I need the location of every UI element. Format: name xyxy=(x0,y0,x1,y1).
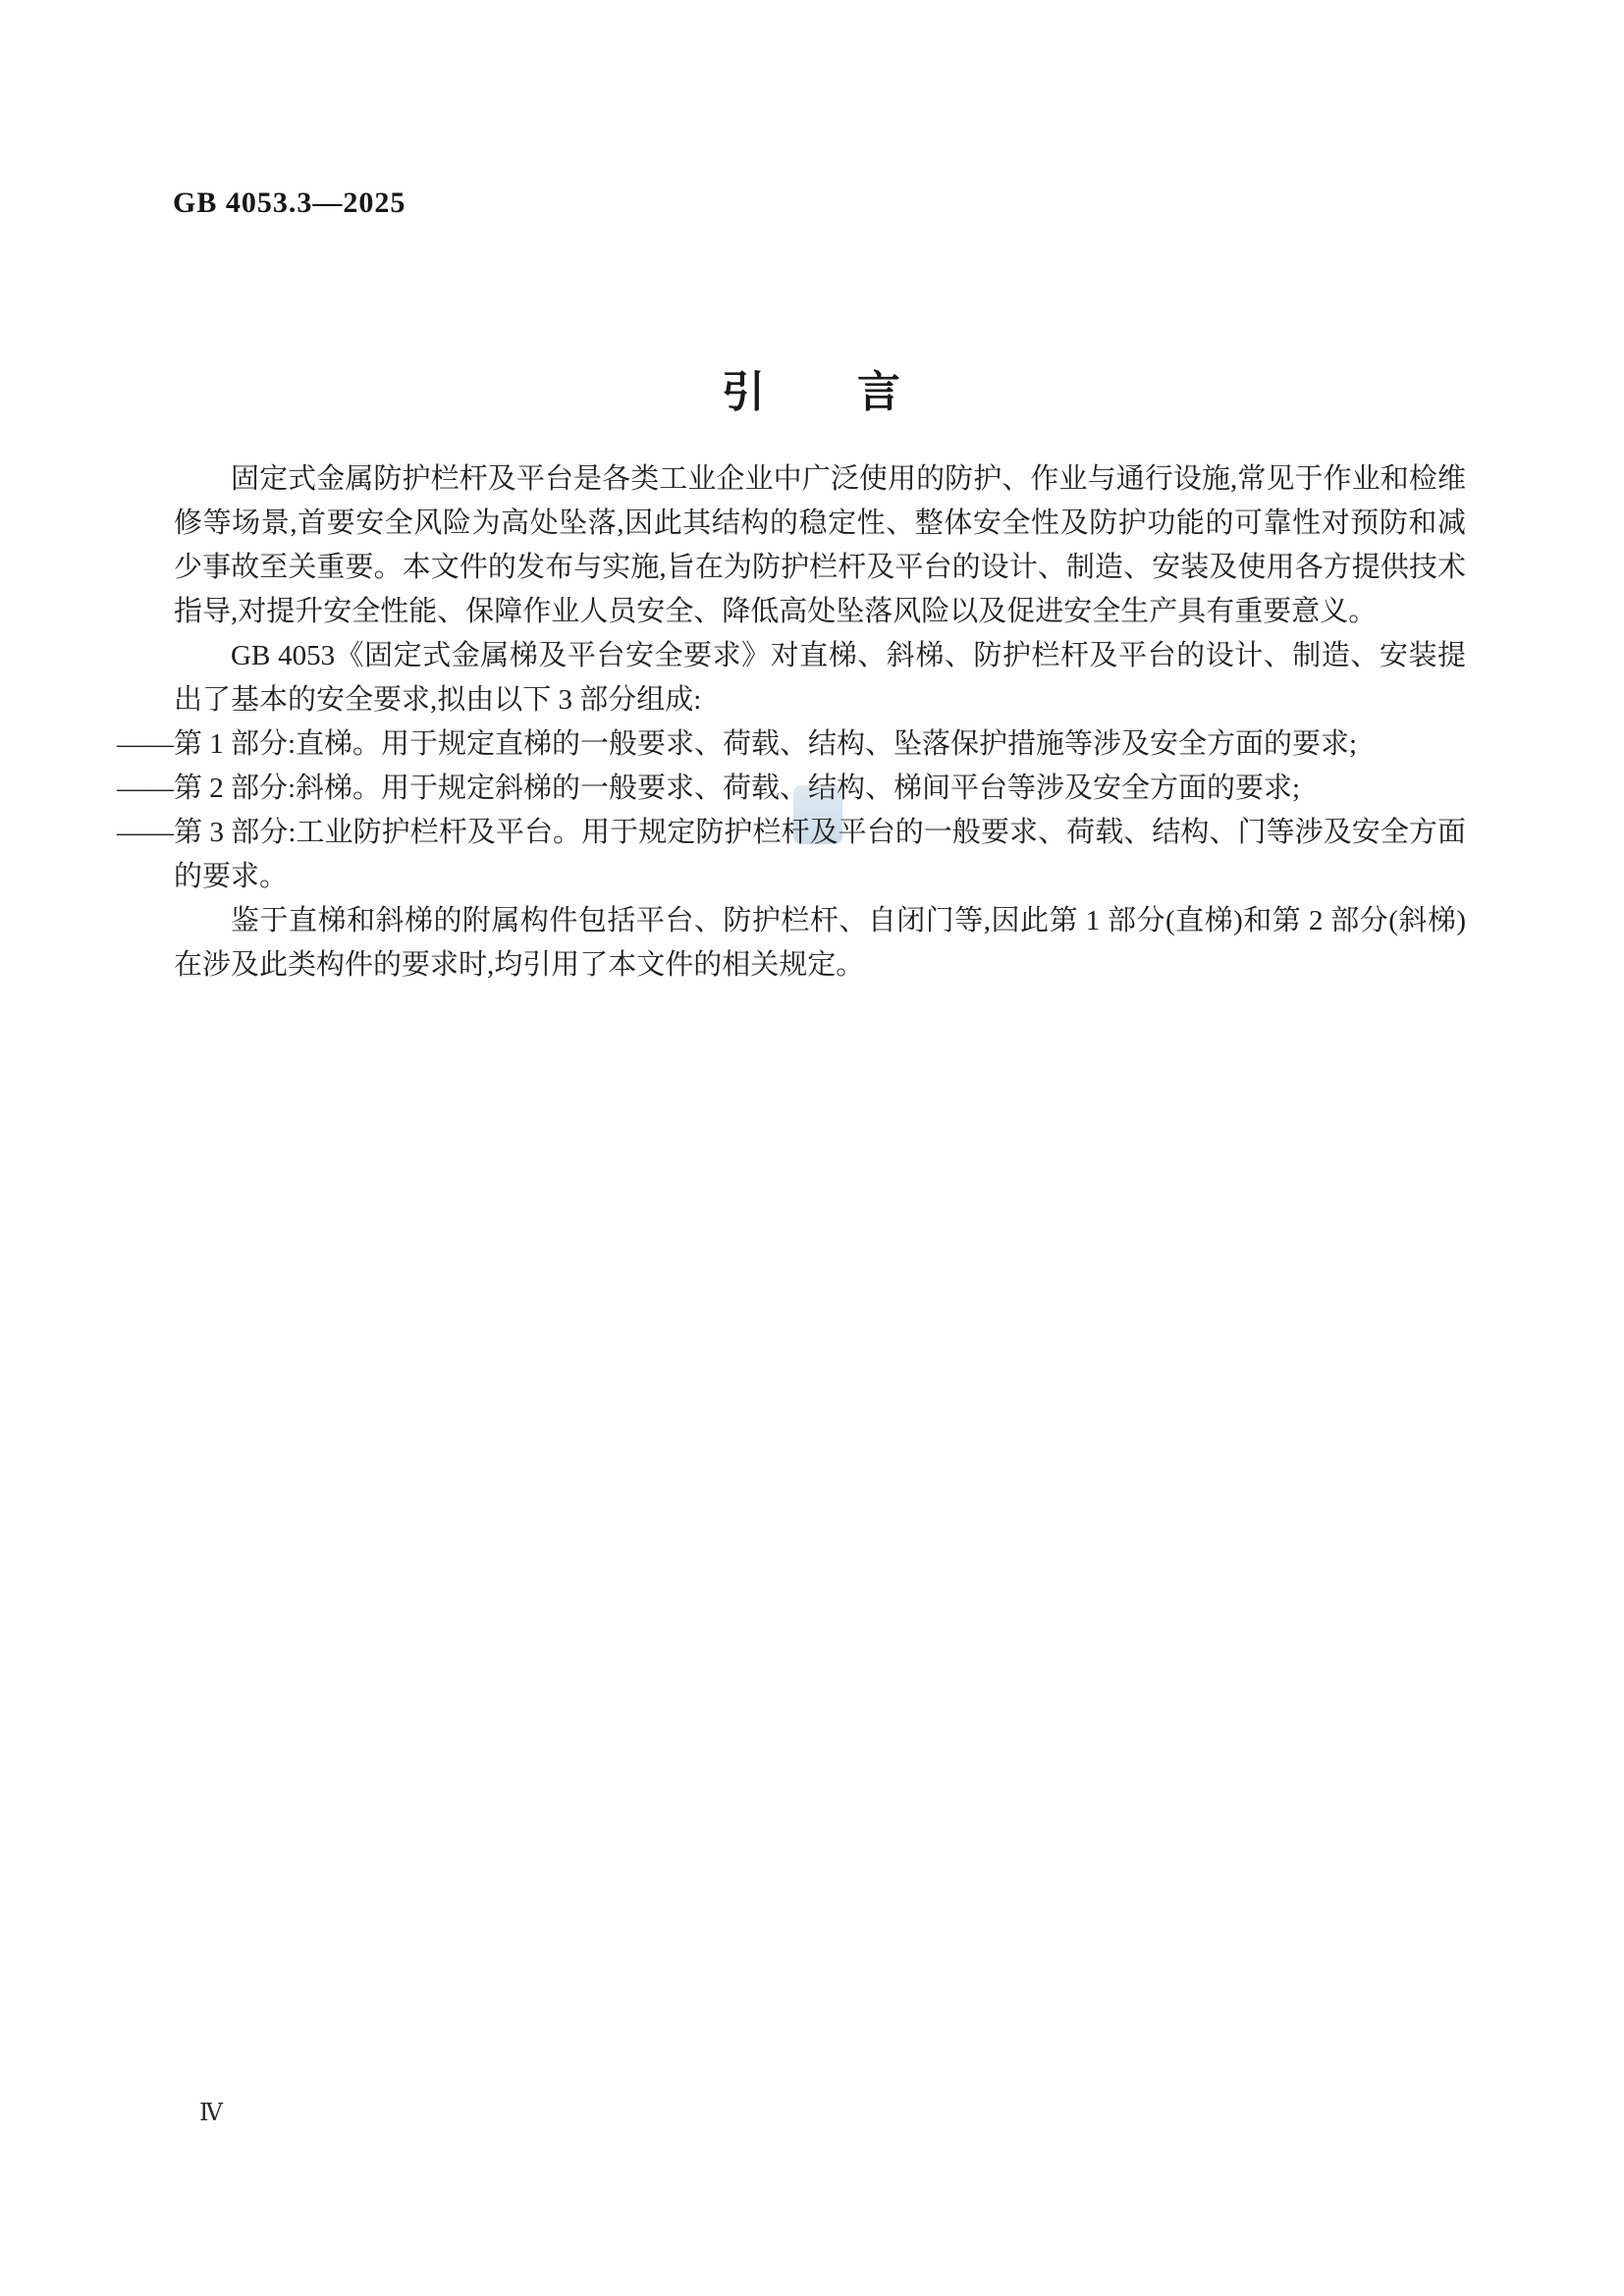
paragraph-overview: 固定式金属防护栏杆及平台是各类工业企业中广泛使用的防护、作业与通行设施,常见于作… xyxy=(174,457,1466,634)
paragraph-cross-reference: 鉴于直梯和斜梯的附属构件包括平台、防护栏杆、自闭门等,因此第 1 部分(直梯)和… xyxy=(174,899,1466,988)
page-number: Ⅳ xyxy=(199,2099,223,2127)
introduction-body: 固定式金属防护栏杆及平台是各类工业企业中广泛使用的防护、作业与通行设施,常见于作… xyxy=(174,457,1466,988)
document-page: GB 4053.3—2025 引 言 固定式金属防护栏杆及平台是各类工业企业中广… xyxy=(0,0,1624,2296)
standard-number: GB 4053.3—2025 xyxy=(173,187,406,220)
page-title: 引 言 xyxy=(0,356,1624,419)
list-item-part-3: ——第 3 部分:工业防护栏杆及平台。用于规定防护栏杆及平台的一般要求、荷载、结… xyxy=(174,811,1466,899)
list-item-part-2: ——第 2 部分:斜梯。用于规定斜梯的一般要求、荷载、结构、梯间平台等涉及安全方… xyxy=(174,767,1466,811)
list-item-part-1: ——第 1 部分:直梯。用于规定直梯的一般要求、荷载、结构、坠落保护措施等涉及安… xyxy=(174,722,1466,767)
paragraph-series-overview: GB 4053《固定式金属梯及平台安全要求》对直梯、斜梯、防护栏杆及平台的设计、… xyxy=(174,634,1466,722)
